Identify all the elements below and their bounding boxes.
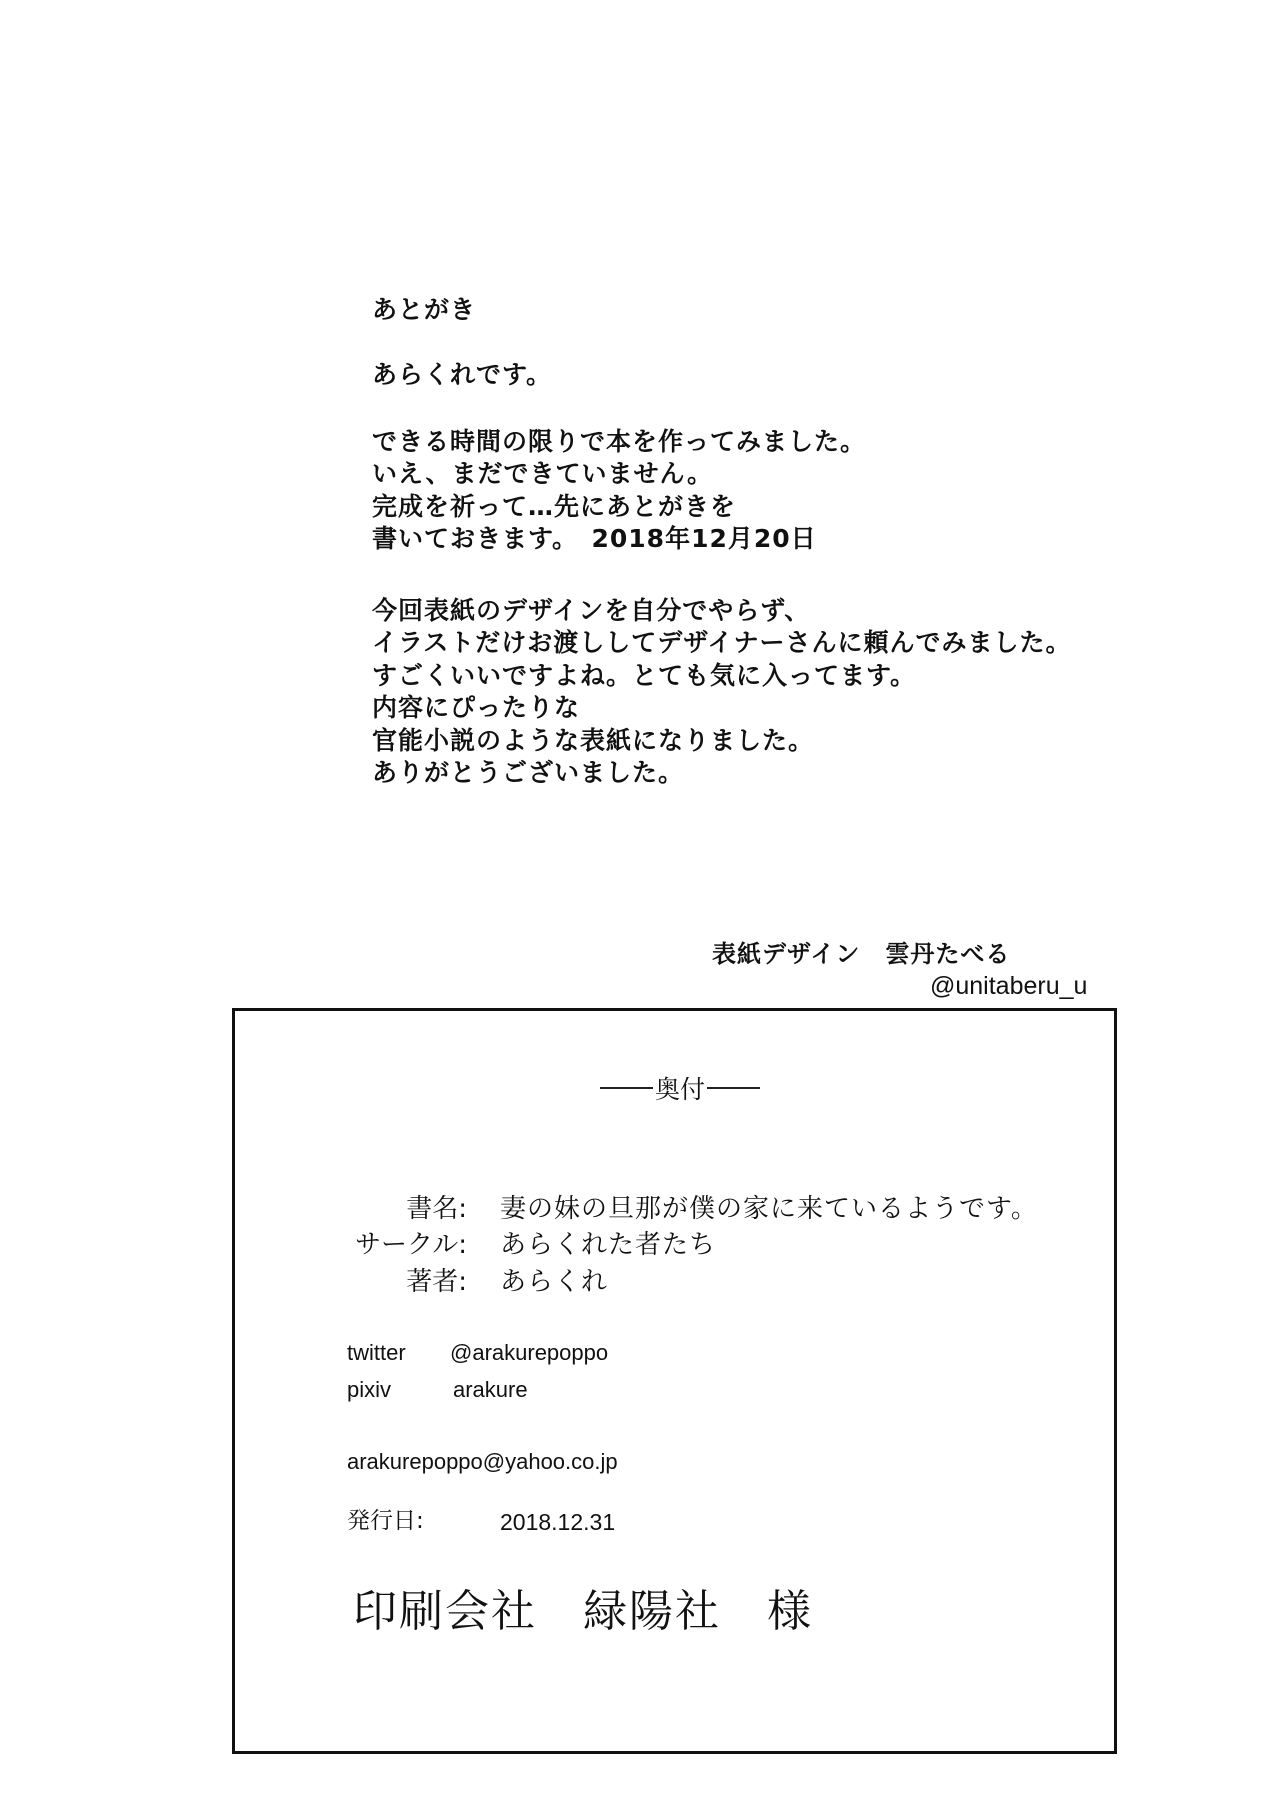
contact-email[interactable]: arakurepoppo@yahoo.co.jp (347, 1448, 618, 1476)
afterword-line: 書いておきます。 2018年12月20日 (372, 524, 817, 554)
afterword-line: いえ、まだできていません。 (372, 459, 713, 489)
field-label-circle: サークル: (342, 1229, 467, 1261)
publish-date-label: 発行日: (347, 1507, 424, 1535)
field-value-circle: あらくれた者たち (500, 1229, 716, 1261)
contact-value-twitter[interactable]: @arakurepoppo (450, 1339, 608, 1367)
afterword-line: 完成を祈って…先にあとがきを (372, 492, 736, 522)
colophon-heading-text: 奥付 (653, 1070, 707, 1106)
colophon-heading: 奥付 (600, 1072, 760, 1104)
publish-date: 2018.12.31 (500, 1508, 615, 1536)
contact-label-twitter: twitter (347, 1339, 406, 1367)
afterword-line: 今回表紙のデザインを自分でやらず、 (372, 596, 810, 626)
cover-design-credit: 表紙デザイン 雲丹たべる (712, 934, 1010, 969)
afterword-line: 官能小説のような表紙になりました。 (372, 726, 814, 756)
afterword-line: あらくれです。 (372, 360, 552, 390)
contact-value-pixiv[interactable]: arakure (453, 1376, 528, 1404)
heading-rule-left (600, 1087, 653, 1089)
field-label-author: 著者: (342, 1266, 467, 1298)
field-value-author: あらくれ (500, 1266, 608, 1298)
afterword-line: できる時間の限りで本を作ってみました。 (372, 427, 866, 457)
cover-designer-handle: @unitaberu_u (930, 972, 1087, 1001)
field-label-title: 書名: (342, 1193, 467, 1225)
contact-label-pixiv: pixiv (347, 1376, 391, 1404)
afterword-line: すごくいいですよね。とても気に入ってます。 (372, 661, 916, 691)
afterword-title: あとがき (372, 295, 476, 325)
afterword-line: 内容にぴったりな (372, 693, 580, 723)
afterword-line: イラストだけお渡ししてデザイナーさんに頼んでみました。 (372, 628, 1072, 658)
afterword-line: ありがとうございました。 (372, 758, 684, 788)
printer-credit: 印刷会社 緑陽社 様 (353, 1586, 813, 1638)
field-value-title: 妻の妹の旦那が僕の家に来ているようです。 (500, 1193, 1038, 1225)
heading-rule-right (707, 1087, 760, 1089)
